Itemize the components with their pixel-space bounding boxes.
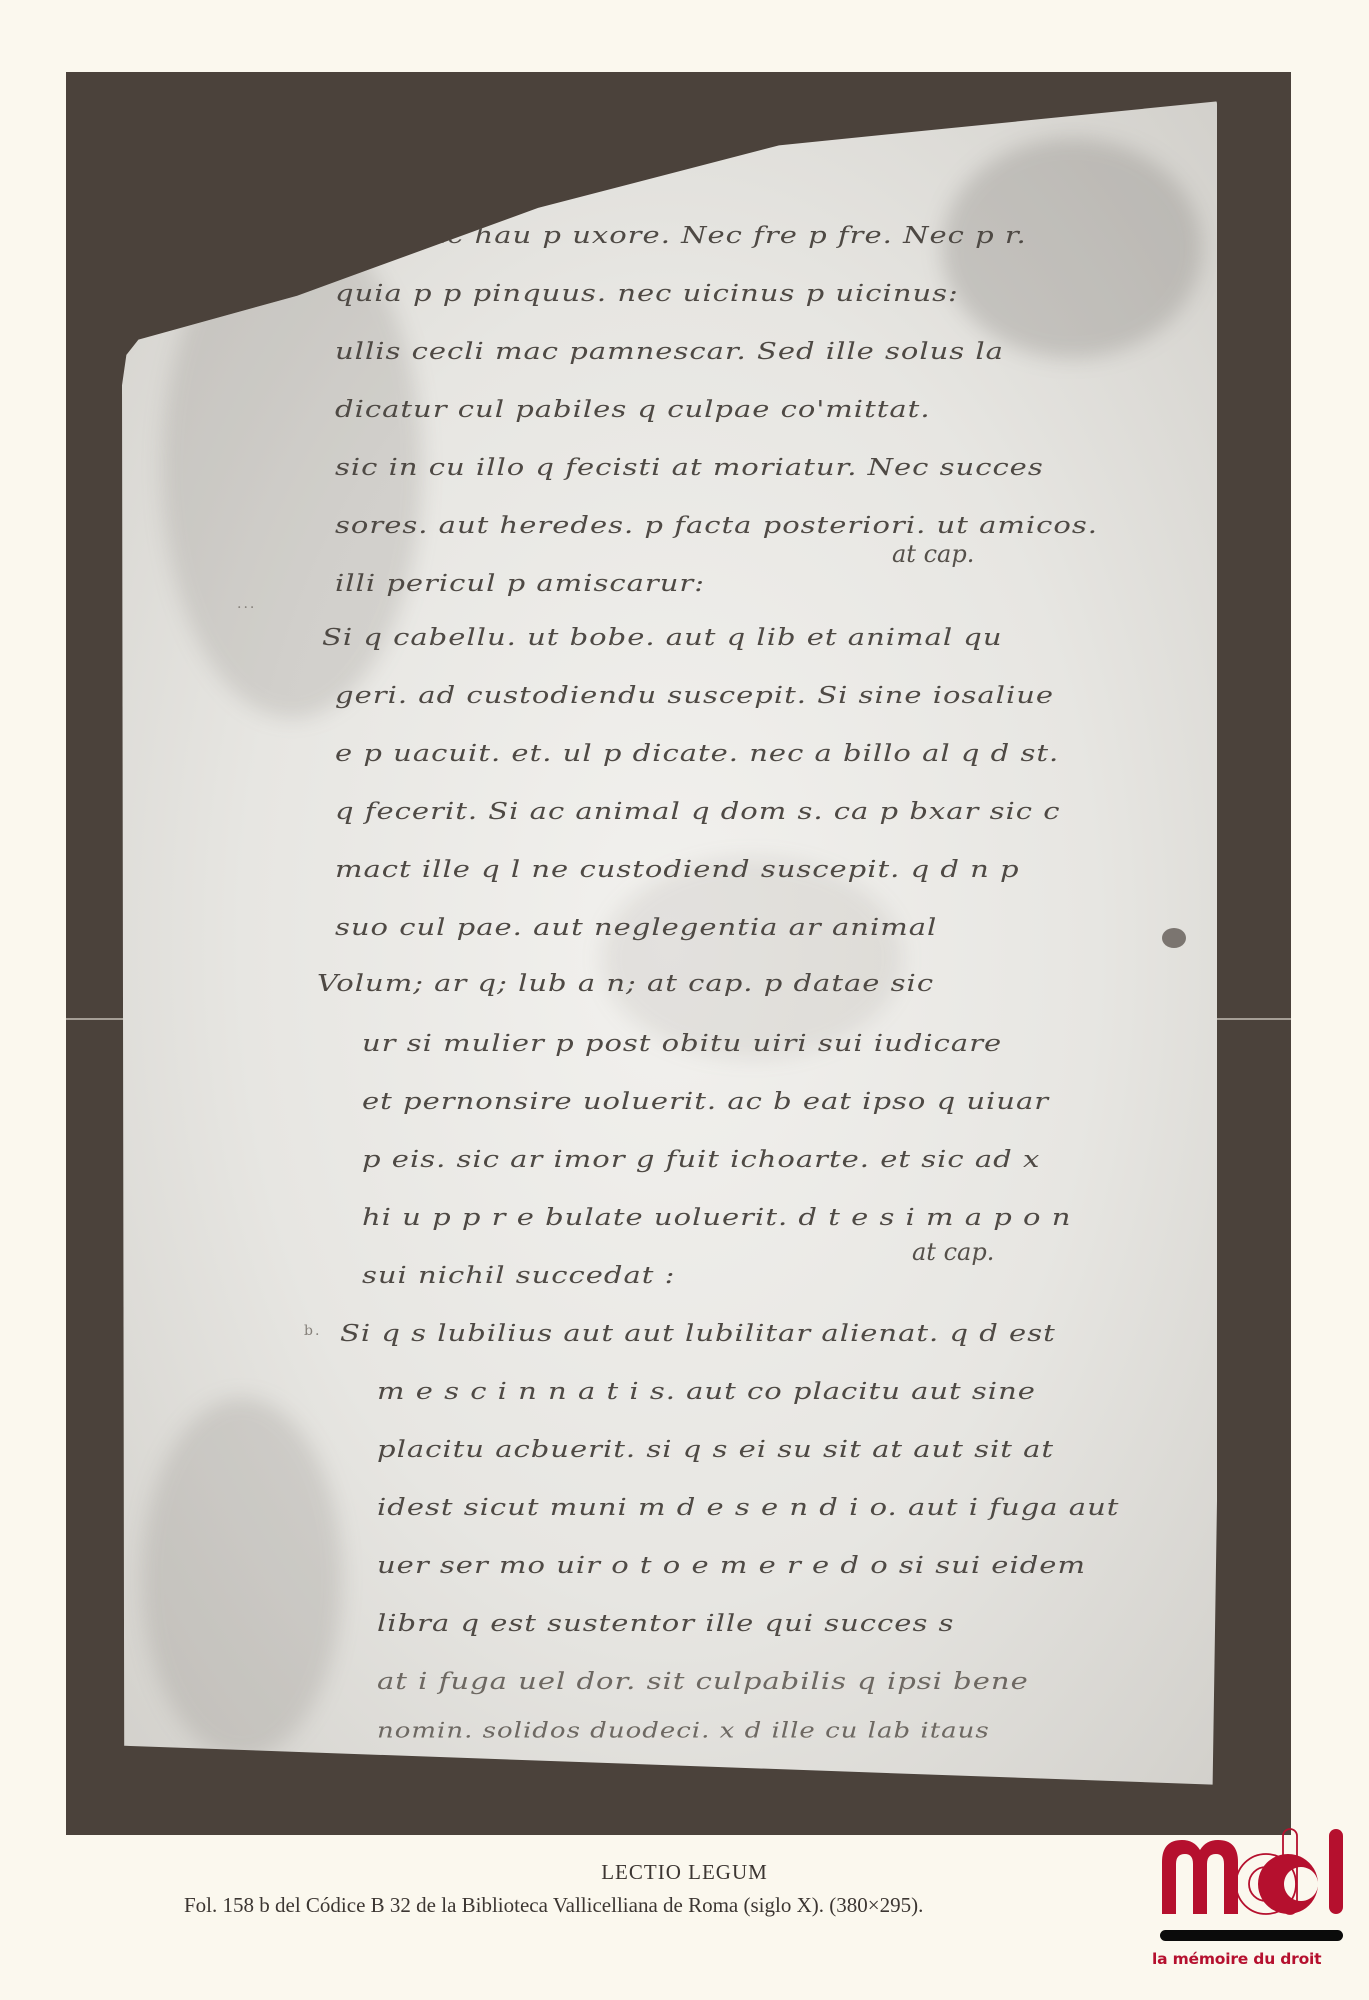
margin-note: b. bbox=[304, 1323, 321, 1339]
manuscript-line: idest sicut muni m d e s e n d i o. aut … bbox=[377, 1493, 1119, 1521]
manuscript-line: sui nichil succedat : bbox=[362, 1261, 675, 1289]
manuscript-line: quia p p pinquus. nec uicinus p uicinus: bbox=[335, 279, 959, 307]
manuscript-line: Si q s lubilius aut aut lubilitar aliena… bbox=[340, 1319, 1056, 1347]
logo-underline-bar bbox=[1160, 1930, 1343, 1941]
manuscript-line: q fecerit. Si ac animal q dom s. ca p bx… bbox=[335, 797, 1060, 825]
margin-note: ... bbox=[237, 596, 256, 612]
manuscript-line: nomin. solidos duodeci. x d ille cu lab … bbox=[377, 1719, 990, 1744]
manuscript-line: ullis cecli mac pamnescar. Sed ille solu… bbox=[335, 337, 1004, 365]
manuscript-leaf: nec mac hau p uxore. Nec fre p fre. Nec … bbox=[122, 98, 1217, 1788]
manuscript-line: illi pericul p amiscarur: bbox=[335, 569, 705, 597]
manuscript-line: e p uacuit. et. ul p dicate. nec a billo… bbox=[335, 739, 1059, 767]
manuscript-line: libra q est sustentor ille qui succes s bbox=[377, 1609, 954, 1637]
mdd-letters-icon bbox=[1160, 1826, 1350, 1916]
logo-tagline: la mémoire du droit bbox=[1152, 1950, 1321, 1968]
manuscript-line: m e s c i n n a t i s. aut co placitu au… bbox=[377, 1377, 1036, 1405]
chapter-note: at cap. bbox=[892, 540, 974, 568]
manuscript-line: suo cul pae. aut neglegentia ar animal bbox=[335, 913, 937, 941]
manuscript-line: dicatur cul pabiles q culpae co'mittat. bbox=[335, 395, 931, 423]
manuscript-line: mact ille q l ne custodiend suscepit. q … bbox=[335, 855, 1020, 883]
manuscript-line: et pernonsire uoluerit. ac b eat ipso q … bbox=[362, 1087, 1049, 1115]
manuscript-line: hi u p p r e bulate uoluerit. d t e s i … bbox=[362, 1203, 1071, 1231]
manuscript-line: Si q cabellu. ut bobe. aut q lib et anim… bbox=[322, 623, 1003, 651]
mdd-logo: la mémoire du droit bbox=[1160, 1826, 1369, 2000]
manuscript-line: uer ser mo uir o t o e m e r e d o si su… bbox=[377, 1551, 1086, 1579]
manuscript-line: Volum; ar q; lub a n; at cap. p datae si… bbox=[317, 969, 934, 997]
manuscript-line: p eis. sic ar imor g fuit ichoarte. et s… bbox=[362, 1145, 1040, 1173]
manuscript-line: geri. ad custodiendu suscepit. Si sine i… bbox=[335, 681, 1054, 709]
manuscript-line: ur si mulier p post obitu uiri sui iudic… bbox=[362, 1029, 1002, 1057]
chapter-note: at cap. bbox=[912, 1238, 994, 1266]
manuscript-text: nec mac hau p uxore. Nec fre p fre. Nec … bbox=[122, 98, 1217, 1788]
manuscript-line: placitu acbuerit. si q s ei su sit at au… bbox=[377, 1435, 1054, 1463]
caption-subtitle: Fol. 158 b del Códice B 32 de la Bibliot… bbox=[184, 1893, 923, 1918]
manuscript-line: at i fuga uel dor. sit culpabilis q ipsi… bbox=[377, 1667, 1029, 1695]
manuscript-line: sic in cu illo q fecisti at moriatur. Ne… bbox=[335, 453, 1044, 481]
manuscript-line: sores. aut heredes. p facta posteriori. … bbox=[335, 511, 1098, 539]
